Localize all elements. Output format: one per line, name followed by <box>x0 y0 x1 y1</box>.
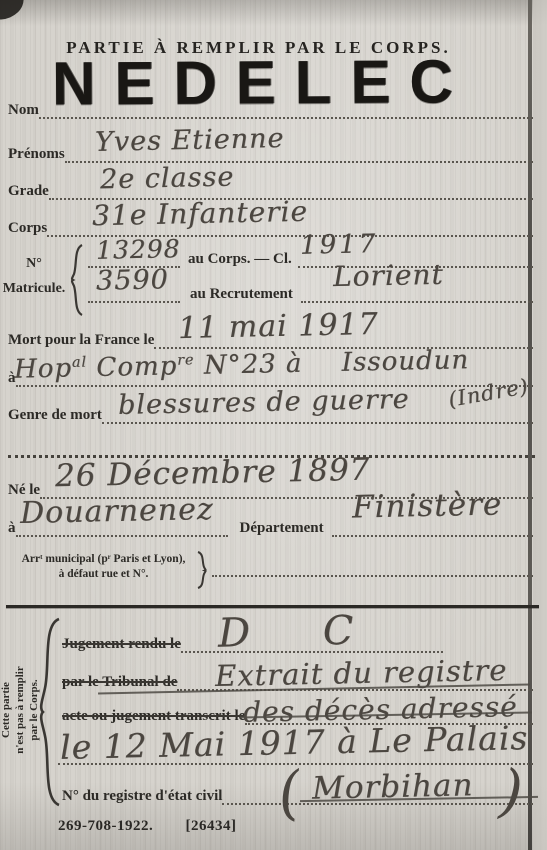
handwritten-paren-close: ) <box>498 761 525 820</box>
field-mort-value: 11 mai 1917 <box>178 310 379 344</box>
lieu-value-part: Comp <box>96 351 177 383</box>
section-rule <box>6 605 539 608</box>
arr-label-line1: Arrᵗ municipal (pʳ Paris et Lyon), <box>6 552 201 567</box>
field-arrondissement-line <box>212 551 533 577</box>
sidebar-line1: Cette partie <box>0 626 14 794</box>
matricule-recrutement-number: 3590 <box>96 266 169 295</box>
arrondissement-brace <box>196 550 208 590</box>
field-nom-row: Nom <box>8 93 533 119</box>
print-code: 269-708-1922. <box>58 818 153 834</box>
field-corps-label: Corps <box>8 221 47 237</box>
field-prenoms-value: Yves Etienne <box>95 125 285 156</box>
field-tribunal-label: par le Tribunal de <box>62 675 177 691</box>
lieu-value-place: Issoudun <box>341 345 469 378</box>
lieu-value-sup: re <box>177 352 195 368</box>
field-birthplace-label: à <box>8 521 16 537</box>
scanned-death-record: PARTIE À REMPLIR PAR LE CORPS. NEDELEC N… <box>0 0 547 850</box>
dotted-line <box>39 91 533 119</box>
field-grade-label: Grade <box>8 184 49 200</box>
field-birthplace-value: Douarnenez <box>20 495 214 529</box>
field-genre-value: blessures de guerre <box>118 386 410 419</box>
matricule-corps-label: au Corps. — Cl. <box>180 252 298 268</box>
matricule-corps-number: 13298 <box>96 236 181 263</box>
arr-label-line2: à défaut rue et N°. <box>6 567 201 582</box>
field-ne-value: 26 Décembre 1897 <box>55 455 371 493</box>
field-jugement-value: D C <box>218 610 384 653</box>
lieu-value-part: Hop <box>14 354 73 385</box>
scan-right-margin <box>533 0 547 850</box>
field-departement-label: Département <box>228 521 332 537</box>
field-grade-value: 2e classe <box>100 164 235 194</box>
lieu-value-part: N°23 à <box>203 349 302 381</box>
lieu-value-sup: al <box>72 355 87 371</box>
handwritten-paren-open: ( <box>275 763 304 823</box>
matricule-recrutement-place: Lorient <box>333 261 444 291</box>
field-jugement-label: Jugement rendu le <box>62 637 181 653</box>
field-arrondissement-label: Arrᵗ municipal (pʳ Paris et Lyon), à déf… <box>6 552 201 582</box>
matricule-label-line2: Matricule. <box>2 277 66 302</box>
print-ref: [26434] <box>186 818 237 834</box>
matricule-brace <box>68 243 84 317</box>
form-reference: 269-708-1922. [26434] <box>58 818 265 835</box>
field-departement-value: Finistère <box>352 489 503 523</box>
dotted-line <box>212 549 533 577</box>
field-mort-label: Mort pour la France le <box>8 333 154 349</box>
field-prenoms-label: Prénoms <box>8 147 65 163</box>
field-nom-label: Nom <box>8 103 39 119</box>
jugement-section-brace <box>36 616 62 808</box>
scan-corner-artifact <box>0 0 25 20</box>
field-registre-label: N° du registre d'état civil <box>62 789 222 805</box>
field-transcrit-label: acte ou jugement transcrit le <box>62 709 245 725</box>
field-genre-label: Genre de mort <box>8 408 102 424</box>
matricule-classe-value: 1917 <box>300 231 379 259</box>
matricule-recrutement-label: au Recrutement <box>180 287 301 303</box>
sidebar-line2: n'est pas à remplir <box>14 626 28 794</box>
field-corps-value: 31e Infanterie <box>92 198 309 231</box>
matricule-label-line1: N° <box>2 252 66 277</box>
field-matricule-label: N° Matricule. <box>2 252 66 301</box>
